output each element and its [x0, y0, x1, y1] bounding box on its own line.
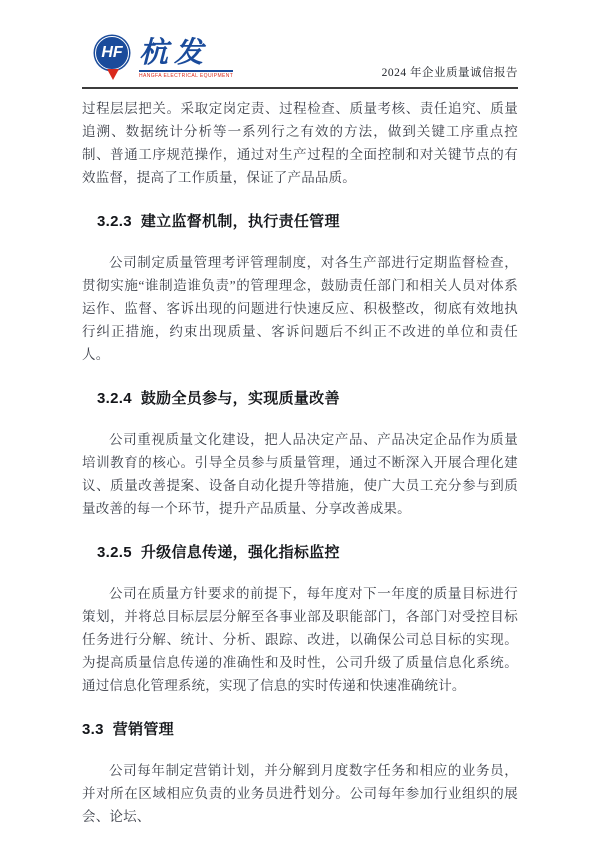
document-page: HF 杭发 HANGFA ELECTRICAL EQUIPMENT 2024 年… — [0, 0, 600, 852]
page-number: 31 — [0, 784, 600, 795]
document-title: 2024 年企业质量诚信报告 — [382, 64, 518, 82]
section-heading-3-2-5: 3.2.5升级信息传递，强化指标监控 — [97, 543, 518, 563]
section-heading-3-3: 3.3营销管理 — [82, 720, 518, 740]
intro-paragraph: 过程层层把关。采取定岗定责、过程检查、质量考核、责任追究、质量追溯、数据统计分析… — [82, 97, 518, 189]
logo-hf-icon: HF — [94, 36, 132, 82]
logo-monogram: HF — [95, 36, 129, 70]
logo-subtext: HANGFA ELECTRICAL EQUIPMENT — [139, 70, 233, 79]
section-title: 升级信息传递，强化指标监控 — [141, 544, 340, 561]
section-number: 3.2.3 — [97, 213, 132, 230]
section-title: 建立监督机制，执行责任管理 — [141, 213, 340, 230]
section-paragraph-3-2-4: 公司重视质量文化建设，把人品决定产品、产品决定企品作为质量培训教育的核心。引导全… — [82, 428, 518, 520]
company-logo: HF 杭发 HANGFA ELECTRICAL EQUIPMENT — [94, 36, 233, 82]
document-content: 过程层层把关。采取定岗定责、过程检查、质量考核、责任追究、质量追溯、数据统计分析… — [82, 97, 518, 828]
logo-text-block: 杭发 HANGFA ELECTRICAL EQUIPMENT — [139, 36, 233, 79]
section-title: 营销管理 — [113, 721, 174, 738]
section-heading-3-2-4: 3.2.4鼓励全员参与，实现质量改善 — [97, 389, 518, 409]
logo-red-tail-icon — [107, 69, 119, 80]
page-header: HF 杭发 HANGFA ELECTRICAL EQUIPMENT 2024 年… — [82, 36, 518, 89]
logo-brand-name: 杭发 — [139, 38, 233, 68]
section-heading-3-2-3: 3.2.3建立监督机制，执行责任管理 — [97, 212, 518, 232]
section-paragraph-3-2-5: 公司在质量方针要求的前提下，每年度对下一年度的质量目标进行策划，并将总目标层层分… — [82, 582, 518, 697]
section-paragraph-3-2-3: 公司制定质量管理考评管理制度，对各生产部进行定期监督检查，贯彻实施“谁制造谁负责… — [82, 251, 518, 366]
section-number: 3.2.4 — [97, 390, 132, 407]
section-title: 鼓励全员参与，实现质量改善 — [141, 390, 340, 407]
section-number: 3.2.5 — [97, 544, 132, 561]
section-number: 3.3 — [82, 721, 104, 738]
